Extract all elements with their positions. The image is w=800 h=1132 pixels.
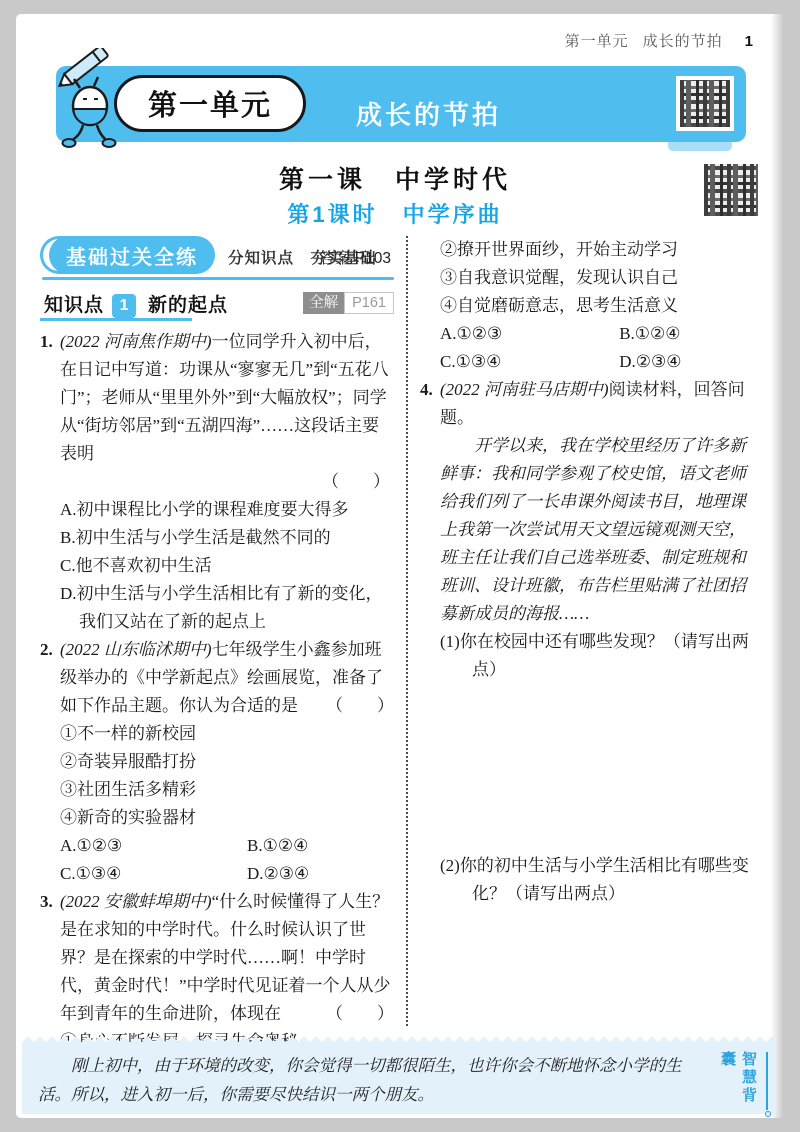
question-2-choice-a: A.①②③: [60, 832, 247, 860]
unit-title: 成长的节拍: [356, 95, 501, 132]
question-2-number: 2.: [40, 636, 53, 664]
knowledge-point-number: 1: [112, 294, 136, 318]
question-2-item-2: ②奇装异服酷打扮: [60, 748, 394, 776]
exercise-body: 基础过关全练 分知识点 夯实基础 答案 P103 知识点1新的起点 全解P161…: [40, 236, 760, 1026]
question-2-answer-bracket: （ ）: [326, 692, 394, 720]
question-2-source: (2022 山东临沭期中): [60, 640, 212, 659]
question-1-answer-bracket: （ ）: [60, 468, 394, 496]
course-title: 第一课 中学时代: [56, 160, 734, 196]
question-4-material: 开学以来，我在学校里经历了许多新鲜事：我和同学参观了校史馆，语文老师给我们列了一…: [440, 432, 760, 628]
question-3-item-4: ④自觉磨砺意志，思考生活意义: [440, 292, 760, 320]
question-2-item-1: ①不一样的新校园: [60, 720, 394, 748]
question-3-item-2: ②撩开世界面纱，开始主动学习: [440, 236, 760, 264]
period-title: 第1课时 中学序曲: [56, 198, 734, 229]
book-page: 第一单元成长的节拍1 第一单元 成长的节拍 第一课 中学时代 第1课时 中学: [16, 14, 784, 1118]
question-2-choice-b: B.①②④: [247, 832, 394, 860]
question-3-item-3: ③自我意识觉醒，发现认识自己: [440, 264, 760, 292]
answer-reference: 答案 P103: [319, 246, 391, 268]
running-head-section: 成长的节拍: [643, 33, 723, 50]
question-3-number: 3.: [40, 888, 53, 916]
banner-qr-code-icon: [676, 76, 734, 131]
question-3-answer-bracket: （ ）: [326, 1000, 394, 1028]
running-head: 第一单元成长的节拍1: [565, 30, 754, 51]
unit-banner: 第一单元 成长的节拍: [56, 66, 746, 142]
section-header-rule: [42, 277, 394, 280]
question-3: 3.(2022 安徽蚌埠期中)“什么时候懂得了人生？是在求知的中学时代。什么时候…: [40, 888, 394, 1056]
question-3-choice-b: B.①②④: [619, 320, 760, 348]
question-1-option-b: B.初中生活与小学生活是截然不同的: [60, 524, 394, 552]
knowledge-point-label: 知识点: [44, 295, 104, 316]
practice-section-header: 基础过关全练 分知识点 夯实基础 答案 P103: [40, 236, 394, 280]
question-4-subquestion-2: (2)你的初中生活与小学生活相比有哪些变化？（请写出两点）: [440, 852, 760, 908]
question-2-item-3: ③社团生活多精彩: [60, 776, 394, 804]
right-column: ②撩开世界面纱，开始主动学习 ③自我意识觉醒，发现认识自己 ④自觉磨砺意志，思考…: [408, 236, 760, 1026]
tip-box-zigzag-edge: [22, 1036, 776, 1044]
section-badge: 基础过关全练: [49, 236, 215, 274]
question-1-source: (2022 河南焦作期中): [60, 332, 212, 351]
tip-text: 刚上初中，由于环境的改变，你会觉得一切都很陌生，也许你会不断地怀念小学的生活。所…: [22, 1044, 776, 1109]
knowledge-point-row: 知识点1新的起点 全解P161: [44, 290, 394, 322]
question-3-choice-a: A.①②③: [440, 320, 619, 348]
question-3-source: (2022 安徽蚌埠期中): [60, 892, 212, 911]
question-2-choice-d: D.②③④: [247, 860, 394, 888]
page-edge-shadow: [771, 14, 784, 1118]
question-2-choices: A.①②③ B.①②④ C.①③④ D.②③④: [60, 832, 394, 888]
question-1-option-c: C.他不喜欢初中生活: [60, 552, 394, 580]
left-column: 基础过关全练 分知识点 夯实基础 答案 P103 知识点1新的起点 全解P161…: [40, 236, 408, 1026]
unit-bubble: 第一单元: [114, 75, 306, 132]
wisdom-tip-box: 刚上初中，由于环境的改变，你会觉得一切都很陌生，也许你会不断地怀念小学的生活。所…: [22, 1036, 776, 1114]
banner-qr-tab: [668, 142, 732, 151]
tip-box-divider-dot: [765, 1111, 771, 1117]
question-1: 1.(2022 河南焦作期中)一位同学升入初中后，在日记中写道：功课从“寥寥无几…: [40, 328, 394, 636]
tip-box-label: 智慧背囊: [717, 1051, 759, 1114]
question-2: 2.(2022 山东临沭期中)七年级学生小鑫参加班级举办的《中学新起点》绘画展览…: [40, 636, 394, 888]
running-head-unit: 第一单元: [565, 33, 629, 50]
question-2-choice-c: C.①③④: [60, 860, 247, 888]
question-1-option-a: A.初中课程比小学的课程难度要大得多: [60, 496, 394, 524]
question-1-stem: 一位同学升入初中后，在日记中写道：功课从“寥寥无几”到“五花八门”；老师从“里里…: [60, 332, 389, 463]
full-solution-badge: 全解: [303, 292, 344, 314]
question-1-option-d: D.初中生活与小学生活相比有了新的变化，我们又站在了新的起点上: [60, 580, 394, 636]
lesson-qr-code-icon: [704, 164, 758, 216]
tip-box-body: 刚上初中，由于环境的改变，你会觉得一切都很陌生，也许你会不断地怀念小学的生活。所…: [22, 1044, 776, 1114]
question-4-number: 4.: [420, 376, 433, 404]
question-4-source: (2022 河南驻马店期中): [440, 380, 609, 399]
question-4-subquestion-1: (1)你在校园中还有哪些发现？（请写出两点）: [440, 628, 760, 684]
question-3-choice-c: C.①③④: [440, 348, 619, 376]
question-3-choices: A.①②③ B.①②④ C.①③④ D.②③④: [440, 320, 760, 376]
question-3-continued: ②撩开世界面纱，开始主动学习 ③自我意识觉醒，发现认识自己 ④自觉磨砺意志，思考…: [420, 236, 760, 376]
question-3-choice-d: D.②③④: [619, 348, 760, 376]
question-4: 4.(2022 河南驻马店期中)阅读材料，回答问题。 开学以来，我在学校里经历了…: [420, 376, 760, 908]
tip-box-divider-line: [766, 1052, 768, 1110]
question-2-item-4: ④新奇的实验器材: [60, 804, 394, 832]
full-solution-page: P161: [344, 292, 394, 314]
page-number: 1: [745, 33, 754, 50]
knowledge-point-underline: [40, 318, 192, 321]
knowledge-point-title: 新的起点: [148, 295, 228, 316]
full-solution-reference: 全解P161: [303, 292, 394, 314]
question-1-number: 1.: [40, 328, 53, 356]
